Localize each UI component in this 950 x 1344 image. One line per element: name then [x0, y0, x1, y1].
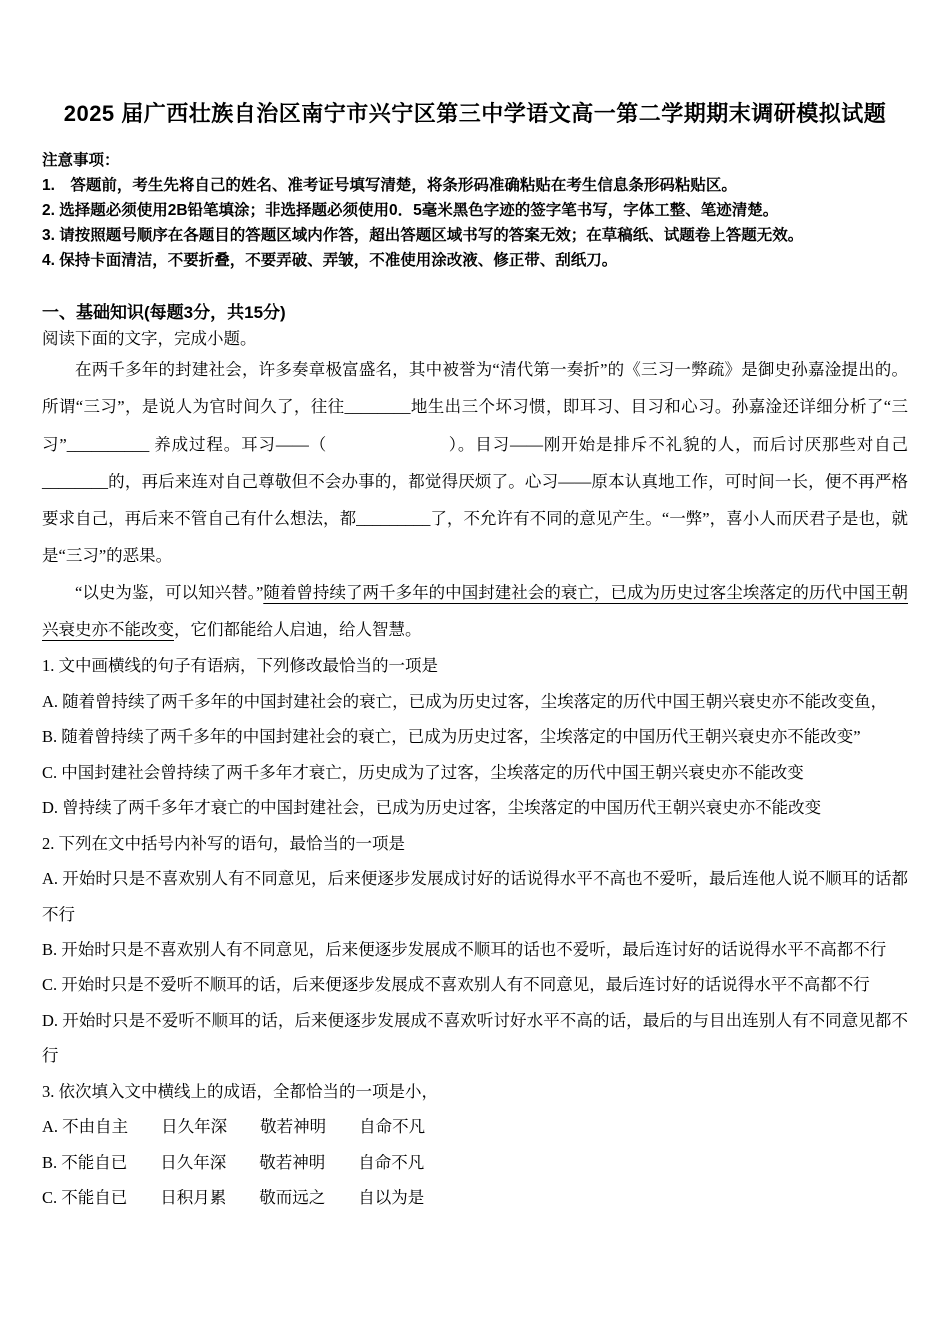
- passage-p2-lead: “以史为鉴，可以知兴替。”: [75, 583, 263, 602]
- question-2-option-d: D. 开始时只是不爱听不顺耳的话，后来便逐步发展成不喜欢听讨好水平不高的话，最后…: [42, 1003, 908, 1074]
- notice-item-4: 4. 保持卡面清洁，不要折叠，不要弄破、弄皱，不准使用涂改液、修正带、刮纸刀。: [42, 248, 908, 273]
- notice-item-1: 1. 答题前，考生先将自己的姓名、准考证号填写清楚，将条形码准确粘贴在考生信息条…: [42, 173, 908, 198]
- question-2-stem: 2. 下列在文中括号内补写的语句，最恰当的一项是: [42, 826, 908, 861]
- passage-paragraph-2: “以史为鉴，可以知兴替。”随着曾持续了两千多年的中国封建社会的衰亡，已成为历史过…: [42, 574, 908, 648]
- notice-item-3: 3. 请按照题号顺序在各题目的答题区域内作答，超出答题区域书写的答案无效；在草稿…: [42, 223, 908, 248]
- question-3-stem: 3. 依次填入文中横线上的成语，全都恰当的一项是小，: [42, 1074, 908, 1109]
- question-1-option-d: D. 曾持续了两千多年才衰亡的中国封建社会，已成为历史过客，尘埃落定的中国历代王…: [42, 790, 908, 825]
- passage-intro: 阅读下面的文字，完成小题。: [42, 326, 908, 352]
- passage-paragraph-1: 在两千多年的封建社会，许多奏章极富盛名，其中被誉为“清代第一奏折”的《三习一弊疏…: [42, 351, 908, 574]
- exam-title: 2025 届广西壮族自治区南宁市兴宁区第三中学语文高一第二学期期末调研模拟试题: [42, 100, 908, 129]
- question-1-option-c: C. 中国封建社会曾持续了两千多年才衰亡，历史成为了过客，尘埃落定的历代中国王朝…: [42, 755, 908, 790]
- question-2-option-c: C. 开始时只是不爱听不顺耳的话，后来便逐步发展成不喜欢别人有不同意见，最后连讨…: [42, 967, 908, 1002]
- passage-p2-tail: ，它们都能给人启迪，给人智慧。: [174, 620, 422, 639]
- notice-heading: 注意事项：: [42, 149, 908, 173]
- section-1-heading: 一、基础知识(每题3分，共15分): [42, 301, 908, 326]
- question-1-stem: 1. 文中画横线的句子有语病，下列修改最恰当的一项是: [42, 648, 908, 683]
- exam-page: 2025 届广西壮族自治区南宁市兴宁区第三中学语文高一第二学期期末调研模拟试题 …: [0, 0, 950, 1344]
- question-1-option-b: B. 随着曾持续了两千多年的中国封建社会的衰亡，已成为历史过客，尘埃落定的中国历…: [42, 719, 908, 754]
- question-3-option-b: B. 不能自已 日久年深 敬若神明 自命不凡: [42, 1145, 908, 1180]
- question-3-option-a: A. 不由自主 日久年深 敬若神明 自命不凡: [42, 1109, 908, 1144]
- question-2-option-b: B. 开始时只是不喜欢别人有不同意见，后来便逐步发展成不顺耳的话也不爱听，最后连…: [42, 932, 908, 967]
- question-1-option-a: A. 随着曾持续了两千多年的中国封建社会的衰亡，已成为历史过客，尘埃落定的历代中…: [42, 684, 908, 719]
- question-3-option-c: C. 不能自已 日积月累 敬而远之 自以为是: [42, 1180, 908, 1215]
- question-2-option-a: A. 开始时只是不喜欢别人有不同意见，后来便逐步发展成讨好的话说得水平不高也不爱…: [42, 861, 908, 932]
- notice-item-2: 2. 选择题必须使用2B铅笔填涂；非选择题必须使用0．5毫米黑色字迹的签字笔书写…: [42, 198, 908, 223]
